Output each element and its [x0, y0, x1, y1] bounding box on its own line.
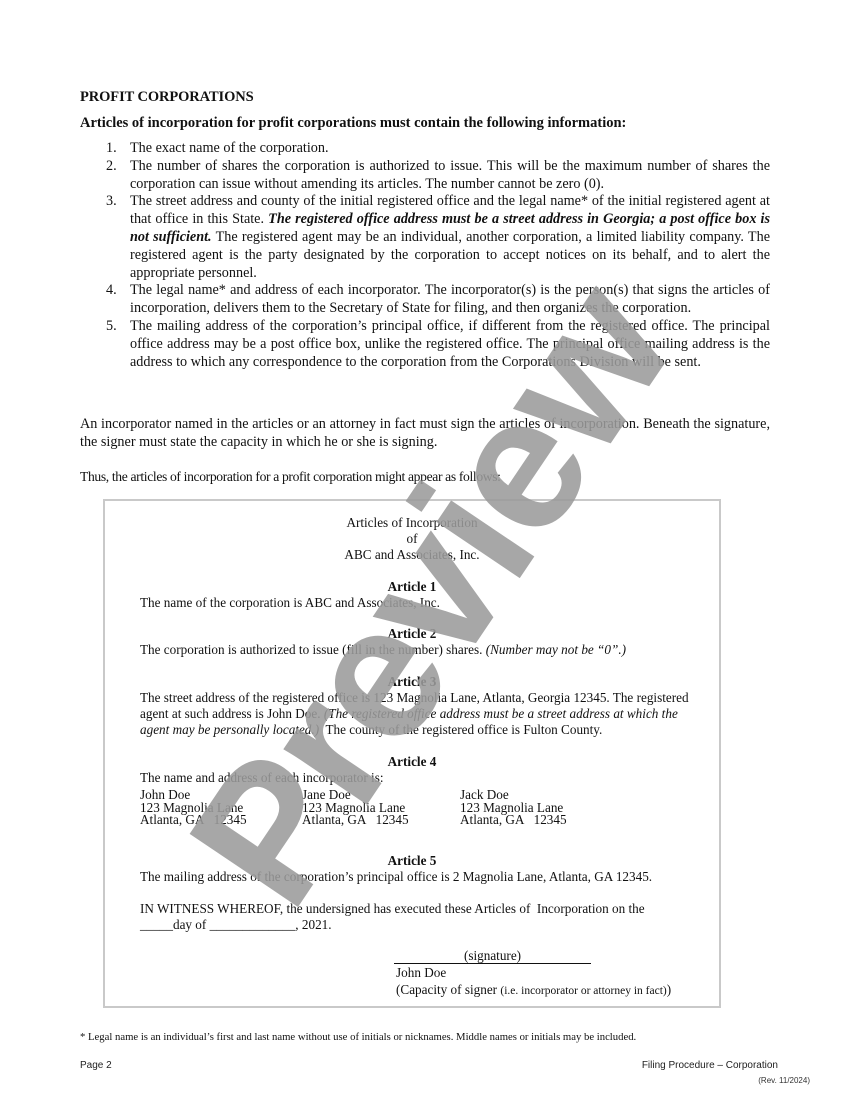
page-number: Page 2 [80, 1060, 112, 1071]
list-item: 3.The street address and county of the i… [80, 193, 770, 282]
signature-label: (signature) [394, 948, 591, 964]
article-1-heading: Article 1 [105, 579, 719, 595]
incorporator-1: John Doe 123 Magnolia Lane Atlanta, GA 1… [140, 789, 247, 827]
article-3-text: The street address of the registered off… [140, 690, 700, 738]
example-title: Articles of Incorporation [105, 515, 719, 531]
list-item: 5.The mailing address of the corporation… [80, 318, 770, 371]
article-3-heading: Article 3 [105, 674, 719, 690]
incorporator-2: Jane Doe 123 Magnolia Lane Atlanta, GA 1… [302, 789, 409, 827]
article-1-text: The name of the corporation is ABC and A… [140, 595, 700, 611]
section-heading: PROFIT CORPORATIONS [80, 89, 254, 106]
article-4-heading: Article 4 [105, 754, 719, 770]
article-4-text: The name and address of each incorporato… [140, 770, 700, 786]
article-5-text: The mailing address of the corporation’s… [140, 869, 700, 885]
list-item: 2.The number of shares the corporation i… [80, 158, 770, 194]
requirements-list: 1.The exact name of the corporation. 2.T… [80, 140, 770, 371]
signer-capacity: (Capacity of signer (i.e. incorporator o… [396, 982, 850, 999]
example-articles-box: Articles of Incorporation of ABC and Ass… [103, 499, 721, 1008]
witness-date-line: _____day of _____________, 2021. [140, 917, 700, 933]
signer-name: John Doe [396, 965, 850, 981]
incorporator-3: Jack Doe 123 Magnolia Lane Atlanta, GA 1… [460, 789, 567, 827]
article-2-heading: Article 2 [105, 626, 719, 642]
document-page: PROFIT CORPORATIONS Articles of incorpor… [0, 0, 850, 1100]
article-5-heading: Article 5 [105, 853, 719, 869]
footer-revision: (Rev. 11/2024) [758, 1076, 810, 1085]
section-subheading: Articles of incorporation for profit cor… [80, 115, 626, 132]
footer-doc-title: Filing Procedure – Corporation [642, 1060, 778, 1071]
example-company-name: ABC and Associates, Inc. [105, 547, 719, 563]
example-intro: Thus, the articles of incorporation for … [80, 468, 770, 486]
example-title-of: of [105, 531, 719, 547]
witness-clause: IN WITNESS WHEREOF, the undersigned has … [140, 901, 700, 917]
footnote: * Legal name is an individual’s first an… [80, 1031, 636, 1043]
article-2-text: The corporation is authorized to issue (… [140, 642, 700, 658]
signature-line [394, 963, 591, 964]
signing-note: An incorporator named in the articles or… [80, 416, 770, 452]
list-item: 1.The exact name of the corporation. [80, 140, 770, 158]
list-item: 4.The legal name* and address of each in… [80, 282, 770, 318]
